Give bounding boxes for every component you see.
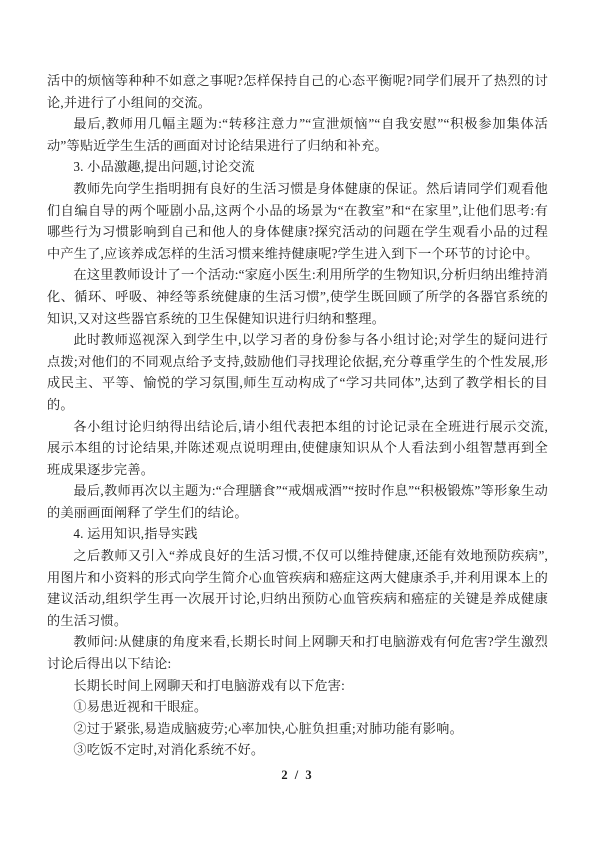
paragraph: 各小组讨论归纳得出结论后,请小组代表把本组的讨论记录在全班进行展示交流,展示本组… [47,416,548,481]
paragraph: 活中的烦恼等种种不如意之事呢?怎样保持自己的心态平衡呢?同学们展开了热烈的讨论,… [47,70,548,113]
paragraph: 4. 运用知识,指导实践 [47,523,548,545]
paragraph: 在这里教师设计了一个活动:“家庭小医生:利用所学的生物知识,分析归纳出维持消化、… [47,264,548,329]
paragraph: ①易患近视和干眼症。 [47,696,548,718]
paragraph: 此时教师巡视深入到学生中,以学习者的身份参与各小组讨论;对学生的疑问进行点拨;对… [47,329,548,415]
paragraph: 教师先向学生指明拥有良好的生活习惯是身体健康的保证。然后请同学们观看他们自编自导… [47,178,548,264]
document-body: 活中的烦恼等种种不如意之事呢?怎样保持自己的心态平衡呢?同学们展开了热烈的讨论,… [47,70,548,761]
paragraph: 3. 小品激趣,提出问题,讨论交流 [47,156,548,178]
page-number: 2 / 3 [0,768,595,783]
paragraph: 教师问:从健康的角度来看,长期长时间上网聊天和打电脑游戏有何危害?学生激烈讨论后… [47,631,548,674]
paragraph: 最后,教师用几幅主题为:“转移注意力”“宣泄烦恼”“自我安慰”“积极参加集体活动… [47,113,548,156]
paragraph: ②过于紧张,易造成脑疲劳;心率加快,心脏负担重;对肺功能有影响。 [47,718,548,740]
paragraph: 长期长时间上网聊天和打电脑游戏有以下危害: [47,675,548,697]
document-page: 活中的烦恼等种种不如意之事呢?怎样保持自己的心态平衡呢?同学们展开了热烈的讨论,… [0,0,595,841]
paragraph: 最后,教师再次以主题为:“合理膳食”“戒烟戒酒”“按时作息”“积极锻炼”等形象生… [47,480,548,523]
paragraph: 之后教师又引入“养成良好的生活习惯,不仅可以维持健康,还能有效地预防疾病”,用图… [47,545,548,631]
paragraph: ③吃饭不定时,对消化系统不好。 [47,739,548,761]
